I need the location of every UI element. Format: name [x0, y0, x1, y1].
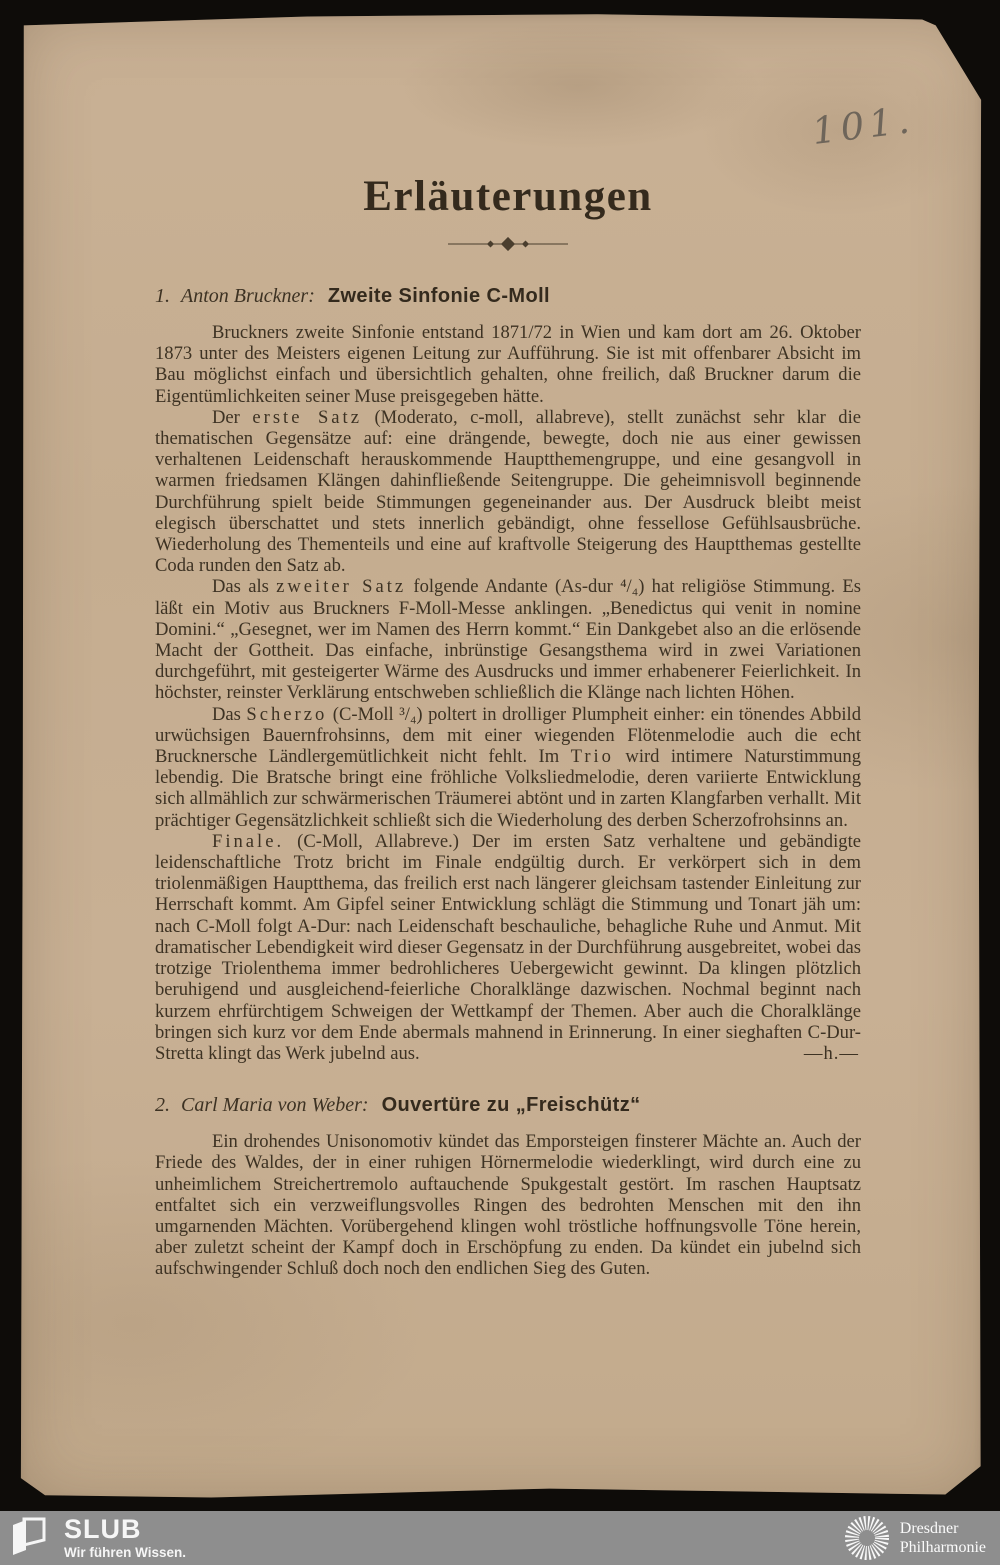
section-heading: 1. Anton Bruckner: Zweite Sinfonie C-Mol… [155, 285, 861, 308]
work-title: Zweite Sinfonie C-Moll [328, 285, 550, 307]
text-run: Der [212, 407, 252, 428]
paragraph: Das als zweiter Satz folgende Andante (A… [155, 576, 861, 703]
text-run: Ein drohendes Unisonomotiv kündet das Em… [155, 1131, 861, 1279]
composer-name: Anton Bruckner: [181, 285, 315, 307]
document-page: 101. Erläuterungen 1. Anton Bruckner: Zw… [18, 12, 984, 1502]
text-spaced: Finale. [212, 831, 284, 852]
slub-logo: SLUB Wir führen Wissen. [0, 1516, 186, 1561]
section-bruckner: 1. Anton Bruckner: Zweite Sinfonie C-Mol… [155, 285, 861, 1064]
text-run: Das [212, 704, 246, 725]
section-number: 2. [155, 1094, 170, 1116]
philharmonie-wordmark: Dresdner Philharmonie [900, 1519, 986, 1557]
section-number: 1. [155, 285, 170, 307]
text-spaced: Scherzo [246, 704, 327, 725]
text-sig: —h.— [747, 1043, 859, 1064]
text-run: Das als [212, 576, 276, 597]
page-content: Erläuterungen 1. Anton Bruckner: Zweite … [155, 172, 861, 1280]
handwritten-page-number: 101. [809, 98, 916, 153]
slub-tagline: Wir führen Wissen. [64, 1545, 186, 1561]
text-spaced: zweiter Satz [276, 576, 406, 597]
sunburst-icon [842, 1513, 892, 1563]
composer-name: Carl Maria von Weber: [181, 1094, 369, 1116]
scan-background: 101. Erläuterungen 1. Anton Bruckner: Zw… [0, 0, 1000, 1565]
dresdner-philharmonie-logo: Dresdner Philharmonie [842, 1513, 1000, 1563]
paragraph: Ein drohendes Unisonomotiv kündet das Em… [155, 1131, 861, 1279]
section-weber: 2. Carl Maria von Weber: Ouvertüre zu „F… [155, 1094, 861, 1279]
text-run: (Moderato, c-moll, allabreve), stellt zu… [155, 407, 861, 576]
slub-wordmark: SLUB Wir führen Wissen. [64, 1516, 186, 1561]
slub-name: SLUB [64, 1516, 186, 1542]
philharmonie-line2: Philharmonie [900, 1538, 986, 1557]
paragraph: Das Scherzo (C-Moll ³/₄) poltert in drol… [155, 704, 861, 831]
section-paragraphs: Ein drohendes Unisonomotiv kündet das Em… [155, 1131, 861, 1279]
text-run: Bruckners zweite Sinfonie entstand 1871/… [155, 322, 861, 407]
paragraph: Der erste Satz (Moderato, c-moll, allabr… [155, 407, 861, 577]
text-spaced: erste Satz [252, 407, 362, 428]
text-spaced: Trio [571, 746, 614, 767]
page-title: Erläuterungen [155, 172, 861, 221]
paragraph: Finale. (C-Moll, Allabreve.) Der im erst… [155, 831, 861, 1064]
divider-ornament-icon [448, 237, 568, 251]
text-run: (C-Moll, Allabreve.) Der im ersten Satz … [155, 831, 861, 1064]
work-title: Ouvertüre zu „Freischütz“ [382, 1094, 641, 1116]
viewer-footer: SLUB Wir führen Wissen. Dresdner Philhar… [0, 1511, 1000, 1565]
philharmonie-line1: Dresdner [900, 1519, 986, 1538]
section-heading: 2. Carl Maria von Weber: Ouvertüre zu „F… [155, 1094, 861, 1117]
section-paragraphs: Bruckners zweite Sinfonie entstand 1871/… [155, 322, 861, 1064]
paragraph: Bruckners zweite Sinfonie entstand 1871/… [155, 322, 861, 407]
open-book-icon [10, 1516, 50, 1558]
